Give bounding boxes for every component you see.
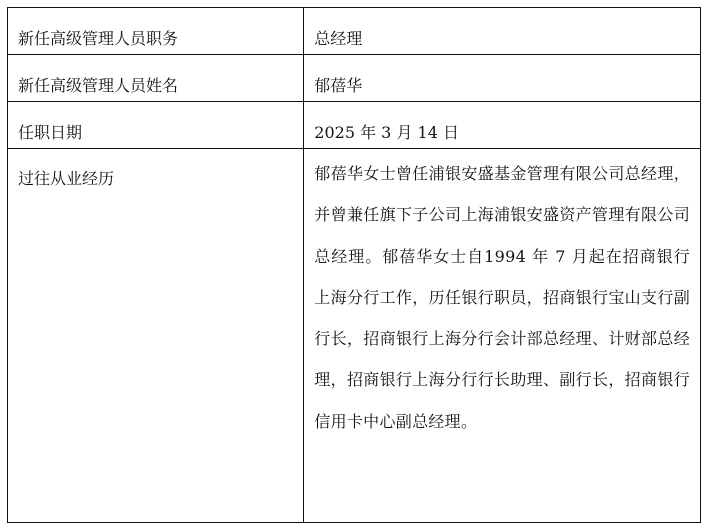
experience-value: 郁蓓华女士曾任浦银安盛基金管理有限公司总经理，并曾兼任旗下子公司上海浦银安盛资产… <box>314 153 690 442</box>
label-cell: 新任高级管理人员姓名 <box>8 55 304 102</box>
position-value: 总经理 <box>314 8 690 47</box>
label-cell: 过往从业经历 <box>8 149 304 523</box>
appointment-info-table: 新任高级管理人员职务 总经理 新任高级管理人员姓名 郁蓓华 任职日期 2025 … <box>7 7 701 523</box>
name-value: 郁蓓华 <box>314 55 690 94</box>
value-cell: 2025 年 3 月 14 日 <box>304 102 701 149</box>
label-cell: 任职日期 <box>8 102 304 149</box>
table-row-experience: 过往从业经历 郁蓓华女士曾任浦银安盛基金管理有限公司总经理，并曾兼任旗下子公司上… <box>8 149 701 523</box>
date-value: 2025 年 3 月 14 日 <box>314 102 690 141</box>
experience-label: 过往从业经历 <box>18 149 293 189</box>
label-cell: 新任高级管理人员职务 <box>8 8 304 55</box>
table-row-date: 任职日期 2025 年 3 月 14 日 <box>8 102 701 149</box>
table-row-position: 新任高级管理人员职务 总经理 <box>8 8 701 55</box>
value-cell: 郁蓓华女士曾任浦银安盛基金管理有限公司总经理，并曾兼任旗下子公司上海浦银安盛资产… <box>304 149 701 523</box>
position-label: 新任高级管理人员职务 <box>18 8 293 47</box>
value-cell: 郁蓓华 <box>304 55 701 102</box>
table-row-name: 新任高级管理人员姓名 郁蓓华 <box>8 55 701 102</box>
date-label: 任职日期 <box>18 102 293 141</box>
value-cell: 总经理 <box>304 8 701 55</box>
name-label: 新任高级管理人员姓名 <box>18 55 293 94</box>
